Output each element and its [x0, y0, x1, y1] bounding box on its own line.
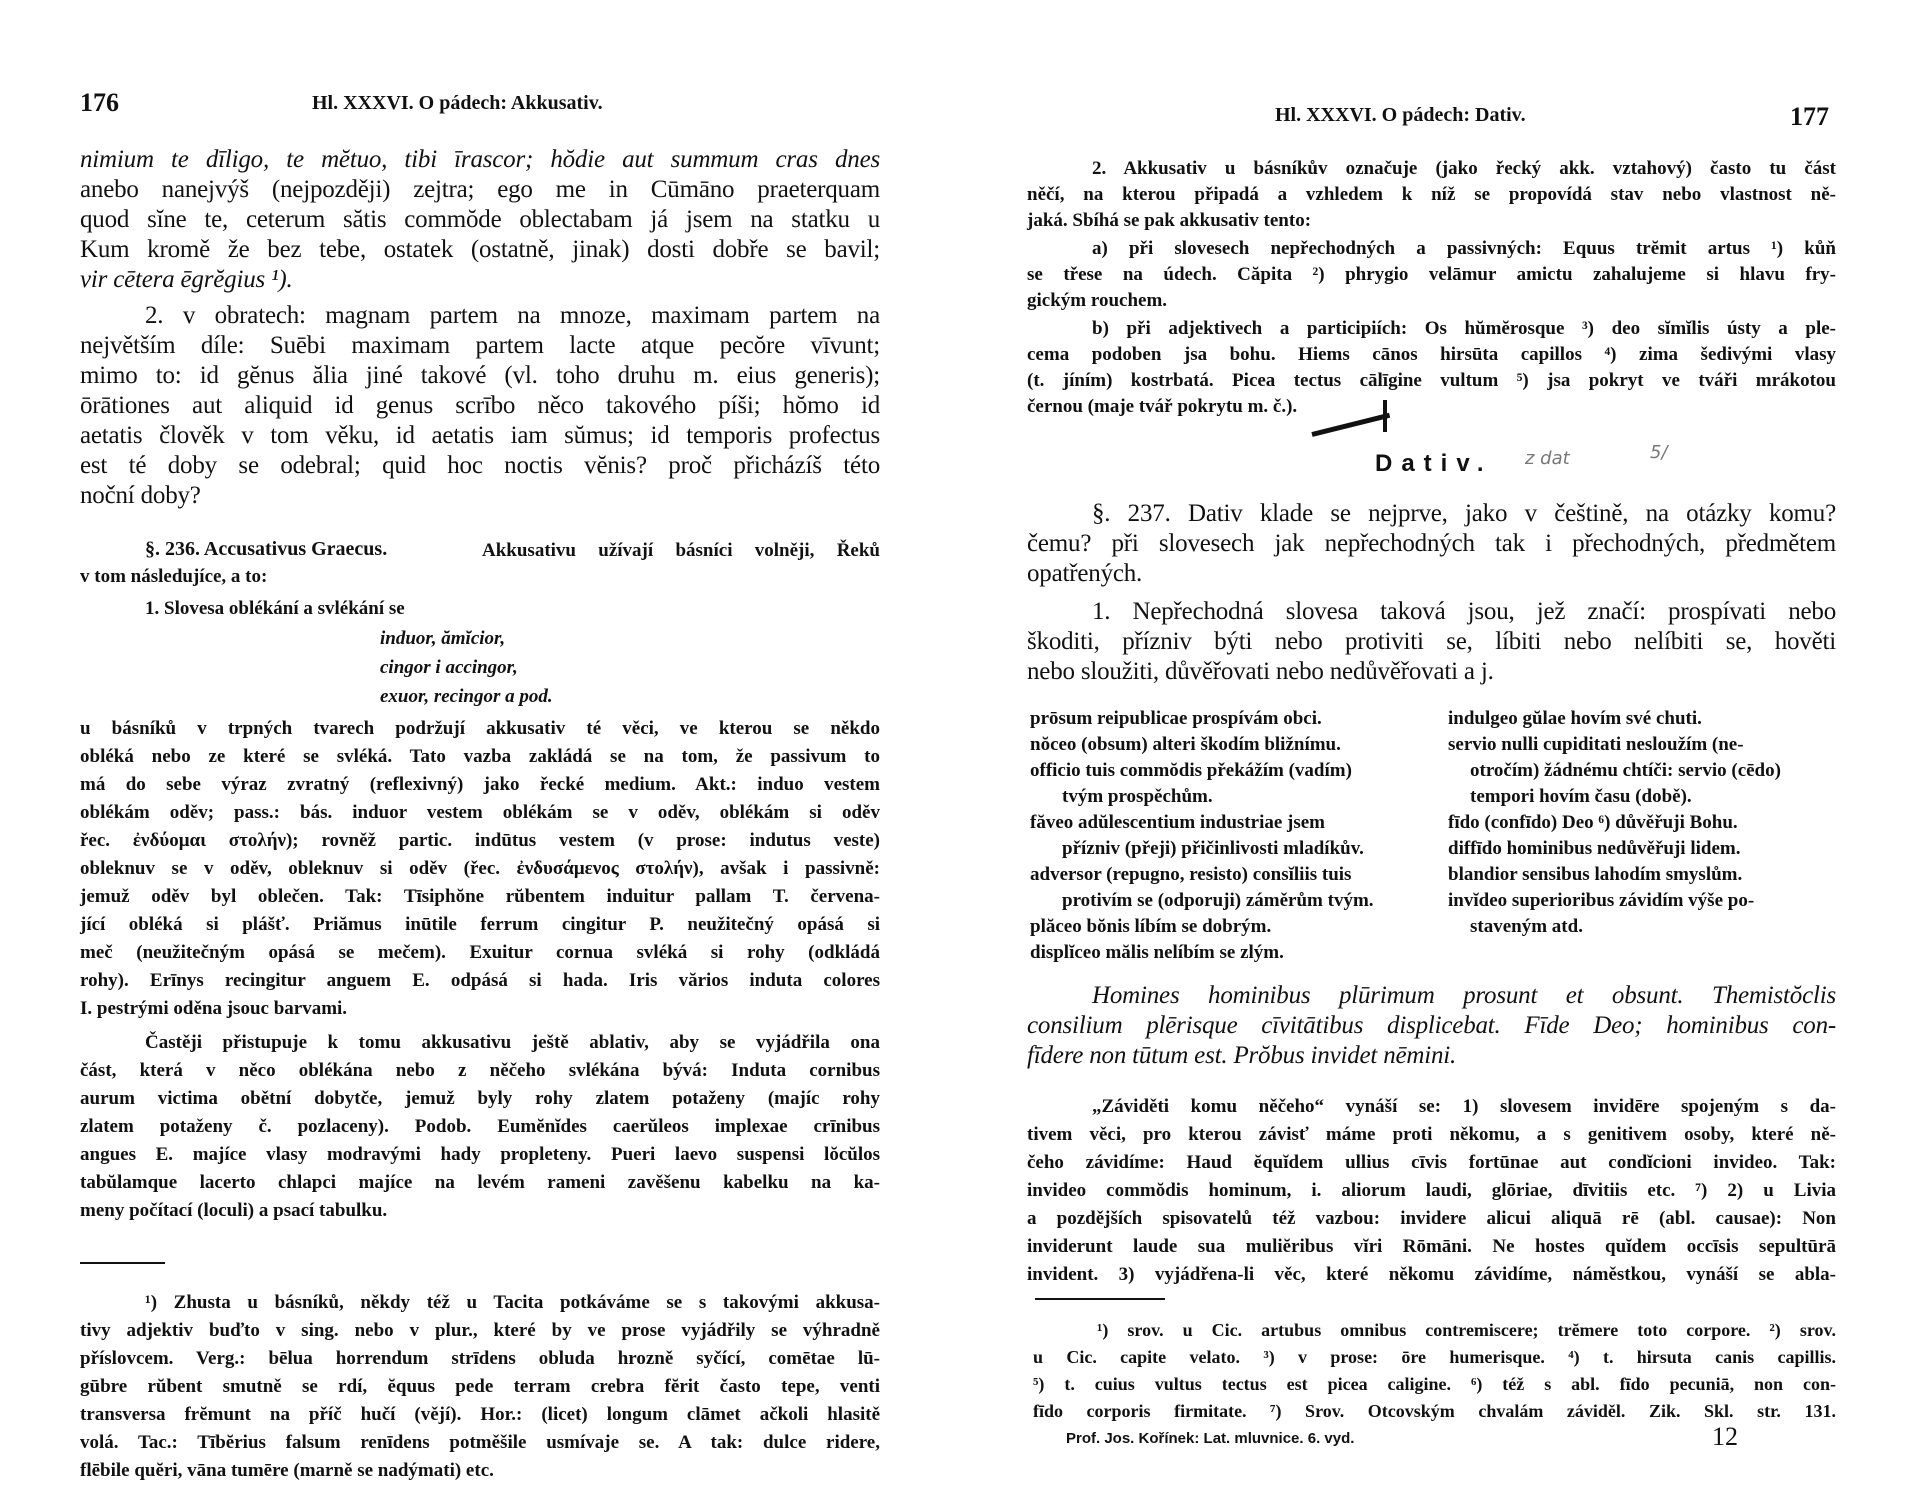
text-line: gickým rouchem.: [1027, 290, 1167, 312]
text-line: §. 237. Dativ klade se nejprve, jako v č…: [1092, 500, 1836, 528]
example-line: otročím) žádnému chtíči: servio (cēdo): [1470, 760, 1781, 782]
footnote-divider: [1035, 1298, 1165, 1300]
text-line: invideo commŏdis hominum, i. aliorum lau…: [1027, 1180, 1836, 1202]
footnote-line: ¹) srov. u Cic. artubus omnibus contremi…: [1097, 1320, 1836, 1341]
footnote-line: fīdo corporis firmitate. ⁷) Srov. Otcovs…: [1033, 1401, 1836, 1422]
text-line: jaká. Sbíhá se pak akkusativ tento:: [1027, 210, 1311, 232]
example-line: invĭdeo superioribus závidím výše po-: [1448, 890, 1754, 912]
signature-line: Prof. Jos. Kořínek: Lat. mluvnice. 6. vy…: [1066, 1430, 1354, 1447]
text-line: 2. Akkusativ u básníkův označuje (jako ř…: [1092, 158, 1836, 180]
example-line: nŏceo (obsum) alteri škodím bližnímu.: [1030, 734, 1341, 756]
running-head: Hl. XXXVI. O pádech: Dativ.: [1275, 104, 1526, 127]
example-line: displĭceo mălis nelíbím se zlým.: [1030, 942, 1284, 964]
example-line: blandior sensibus lahodím smyslům.: [1448, 864, 1742, 886]
example-line: staveným atd.: [1470, 916, 1583, 938]
text-line: consilium plērisque cīvitātibus displice…: [1027, 1012, 1836, 1040]
text-line: cema podoben jsa bohu. Hiems cānos hirsū…: [1027, 344, 1836, 366]
footnote-line: u Cic. capite velato. ³) v prose: ōre hu…: [1033, 1347, 1836, 1368]
text-line: něčí, na kterou připadá a vzhledem k níž…: [1027, 184, 1836, 206]
example-line: plăceo bŏnis líbím se dobrým.: [1030, 916, 1271, 938]
text-line: nebo sloužiti, důvěřovati nebo nedůvěřov…: [1027, 658, 1494, 686]
text-line: čeho závidíme: Haud ĕquĭdem ullius cīvis…: [1027, 1152, 1836, 1174]
example-line: tvým prospěchům.: [1062, 786, 1213, 808]
handwritten-note: z dat: [1525, 448, 1570, 469]
example-line: servio nulli cupiditati nesloužím (ne-: [1448, 734, 1744, 756]
text-line: b) při adjektivech a participiích: Os hŭ…: [1092, 318, 1836, 340]
example-line: přízniv (přeji) přičinlivosti mladíkův.: [1062, 838, 1364, 860]
text-line: tivem věci, pro kterou závisť máme proti…: [1027, 1124, 1836, 1146]
text-line: černou (maje tvář pokrytu m. č.).: [1027, 396, 1297, 418]
text-line: Homines hominibus plūrimum prosunt et ob…: [1092, 982, 1836, 1010]
text-line: „Záviděti komu něčeho“ vynáší se: 1) slo…: [1092, 1096, 1836, 1118]
text-line: fīdere non tūtum est. Prŏbus invidet nēm…: [1027, 1042, 1456, 1070]
pencil-mark: [1383, 400, 1387, 432]
text-line: invident. 3) vyjádřena-li věc, které něk…: [1027, 1264, 1836, 1286]
example-line: tempori hovím času (době).: [1470, 786, 1692, 808]
right-page: Hl. XXXVI. O pádech: Dativ. 177 2. Akkus…: [0, 0, 1906, 1500]
text-line: 1. Nepřechodná slovesa taková jsou, jež …: [1092, 598, 1836, 626]
signature-number: 12: [1712, 1422, 1738, 1452]
example-line: diffīdo hominibus nedůvěřuji lidem.: [1448, 838, 1740, 860]
text-line: a pozdějších spisovatelů též vazbou: inv…: [1027, 1208, 1836, 1230]
example-line: protivím se (odporuji) záměrům tvým.: [1062, 890, 1374, 912]
text-line: škoditi, přízniv býti nebo protiviti se,…: [1027, 628, 1836, 656]
text-line: a) při slovesech nepřechodných a passivn…: [1092, 238, 1836, 260]
text-line: (t. jíním) kostrbatá. Picea tectus cālīg…: [1027, 370, 1836, 392]
example-line: fīdo (confīdo) Deo ⁶) důvěřuji Bohu.: [1448, 812, 1738, 834]
example-line: făveo adŭlescentium industriae jsem: [1030, 812, 1325, 834]
example-line: officio tuis commŏdis překážím (vadím): [1030, 760, 1352, 782]
example-line: adversor (repugno, resisto) consĭliis tu…: [1030, 864, 1351, 886]
pencil-mark: [1311, 413, 1390, 437]
example-line: indulgeo gŭlae hovím své chuti.: [1448, 708, 1702, 730]
section-title: Dativ.: [1375, 450, 1493, 478]
text-line: se třese na údech. Căpita ²) phrygio vel…: [1027, 264, 1836, 286]
handwritten-note: 5/: [1650, 442, 1668, 463]
text-line: čemu? při slovesech jak nepřechodných ta…: [1027, 530, 1836, 558]
text-line: opatřených.: [1027, 560, 1142, 588]
text-line: inviderunt laude sua muliĕribus vĭri Rōm…: [1027, 1236, 1836, 1258]
page-number: 177: [1790, 102, 1829, 132]
example-line: prōsum reipublicae prospívám obci.: [1030, 708, 1322, 730]
footnote-line: ⁵) t. cuius vultus tectus est picea cali…: [1033, 1374, 1836, 1395]
